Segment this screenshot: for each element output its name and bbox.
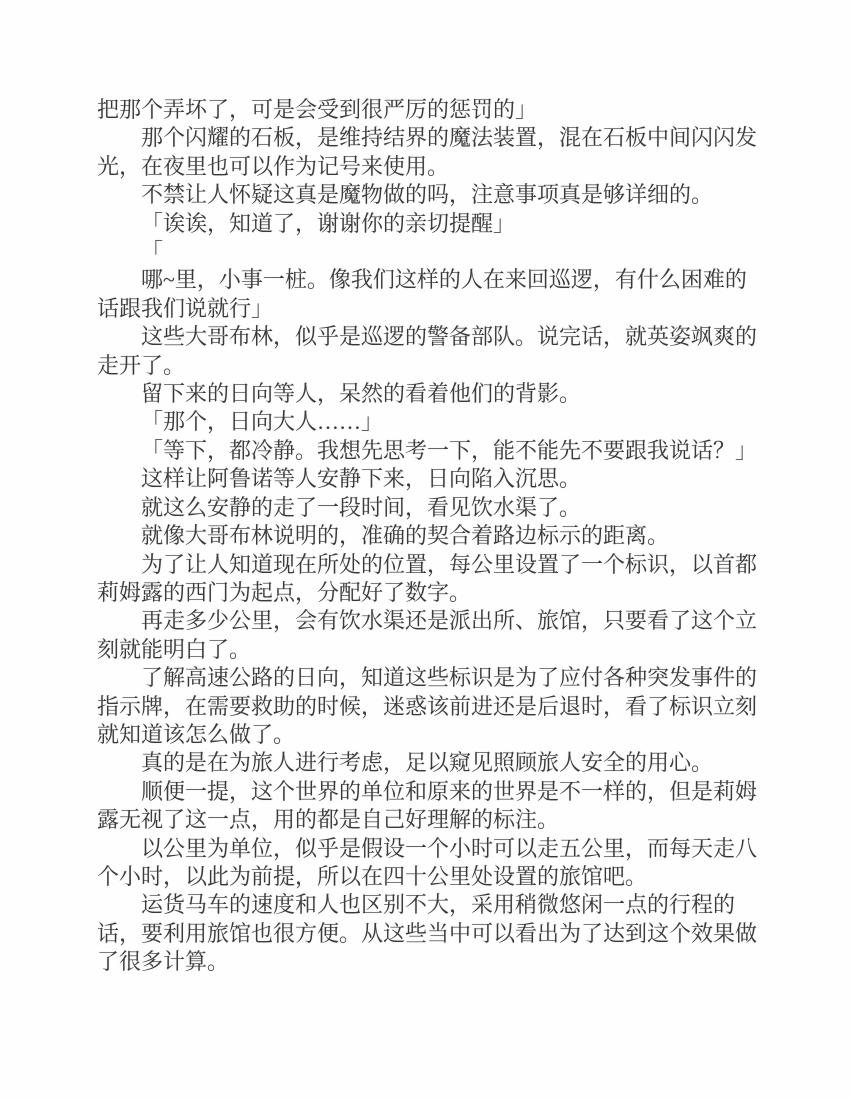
paragraph: 以公里为单位，似乎是假设一个小时可以走五公里，而每天走八个小时，以此为前提，所以… bbox=[97, 835, 758, 892]
paragraph: 再走多少公里，会有饮水渠还是派出所、旅馆，只要看了这个立刻就能明白了。 bbox=[97, 607, 758, 664]
paragraph: 运货马车的速度和人也区别不大，采用稍微悠闲一点的行程的话，要利用旅馆也很方便。从… bbox=[97, 891, 758, 976]
paragraph: 真的是在为旅人进行考虑，足以窥见照顾旅人安全的用心。 bbox=[97, 749, 758, 777]
paragraph: 为了让人知道现在所处的位置，每公里设置了一个标识，以首都莉姆露的西门为起点，分配… bbox=[97, 551, 758, 608]
paragraph-dialogue: 「那个，日向大人……」 bbox=[97, 408, 758, 436]
paragraph-dialogue: 「 bbox=[97, 238, 758, 266]
paragraph: 就像大哥布林说明的，准确的契合着路边标示的距离。 bbox=[97, 522, 758, 550]
paragraph: 了解高速公路的日向，知道这些标识是为了应付各种突发事件的指示牌，在需要救助的时候… bbox=[97, 664, 758, 749]
paragraph: 那个闪耀的石板，是维持结界的魔法装置，混在石板中间闪闪发光，在夜里也可以作为记号… bbox=[97, 124, 758, 181]
paragraph-dialogue: 「诶诶，知道了，谢谢你的亲切提醒」 bbox=[97, 210, 758, 238]
paragraph: 这样让阿鲁诺等人安静下来，日向陷入沉思。 bbox=[97, 465, 758, 493]
paragraph: 留下来的日向等人，呆然的看着他们的背影。 bbox=[97, 380, 758, 408]
ebook-page: 把那个弄坏了，可是会受到很严厉的惩罚的」 那个闪耀的石板，是维持结界的魔法装置，… bbox=[0, 0, 850, 1100]
paragraph-dialogue: 哪~里，小事一桩。像我们这样的人在来回巡逻，有什么困难的话跟我们说就行」 bbox=[97, 266, 758, 323]
paragraph: 把那个弄坏了，可是会受到很严厉的惩罚的」 bbox=[97, 96, 758, 124]
paragraph: 顺便一提，这个世界的单位和原来的世界是不一样的，但是莉姆露无视了这一点，用的都是… bbox=[97, 778, 758, 835]
text-block: 把那个弄坏了，可是会受到很严厉的惩罚的」 那个闪耀的石板，是维持结界的魔法装置，… bbox=[97, 96, 758, 977]
paragraph: 就这么安静的走了一段时间，看见饮水渠了。 bbox=[97, 494, 758, 522]
paragraph-dialogue: 「等下，都冷静。我想先思考一下，能不能先不要跟我说话？」 bbox=[97, 437, 758, 465]
paragraph: 不禁让人怀疑这真是魔物做的吗，注意事项真是够详细的。 bbox=[97, 181, 758, 209]
paragraph: 这些大哥布林，似乎是巡逻的警备部队。说完话，就英姿飒爽的走开了。 bbox=[97, 323, 758, 380]
